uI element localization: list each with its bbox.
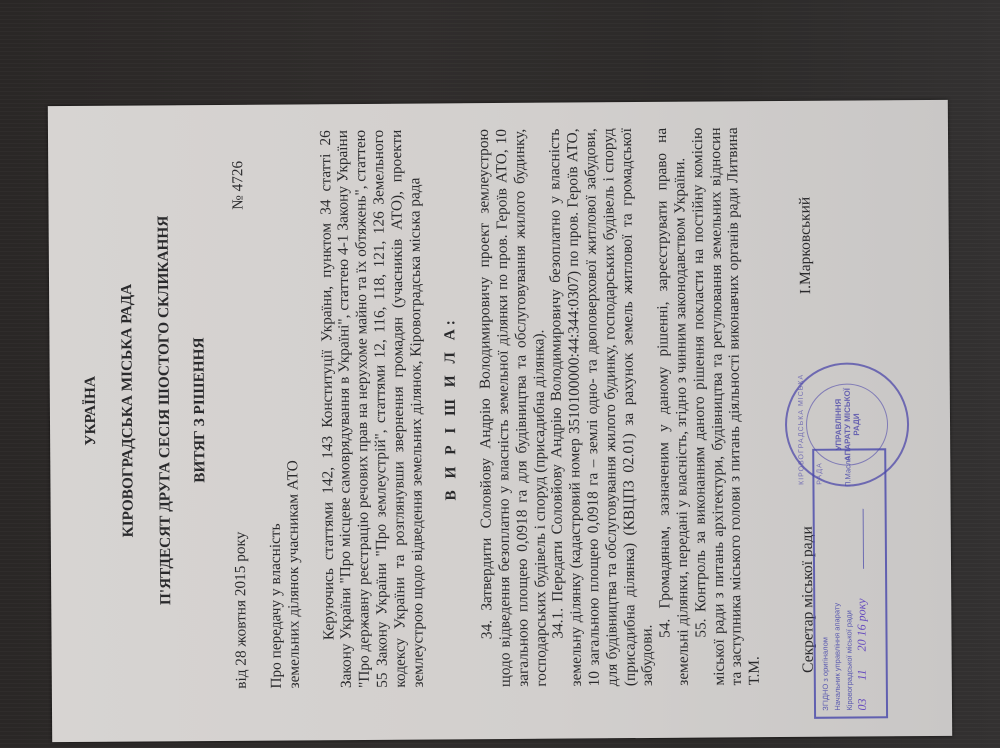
decided-heading: В И Р І Ш И Л А:: [440, 129, 462, 687]
stamp-date-year: 20 16 року: [855, 598, 867, 651]
council-heading: КІРОВОГРАДСЬКА МІСЬКА РАДА: [117, 132, 139, 690]
stamp-date-month: 11: [856, 669, 868, 680]
decision-item-54: 54. Громадянам, зазначеним у даному ріше…: [653, 128, 692, 686]
stamp-date-day: 03: [856, 698, 868, 710]
country-heading: УКРАЇНА: [80, 132, 102, 690]
stamp-name: П.Масло: [842, 457, 854, 487]
decision-item-34: 34. Затвердити Соловйову Андрію Володими…: [475, 129, 550, 687]
decision-number: № 4726: [229, 161, 247, 210]
decision-item-55: 55. Контроль за виконанням даного рішенн…: [689, 127, 764, 685]
certification-stamp: ЗГІДНО з оригіналом Начальник управління…: [812, 448, 888, 719]
session-heading: П'ЯТДЕСЯТ ДРУГА СЕСІЯ ШОСТОГО СКЛИКАННЯ: [154, 131, 176, 689]
decision-subject: Про передачу у власність земельних ділян…: [264, 130, 303, 688]
decision-item-34-1: 34.1. Передати Соловйову Андрію Володими…: [546, 128, 657, 687]
stamp-date-row: 03 11 20 16 року: [854, 456, 868, 710]
handwritten-signature-mark: [839, 500, 864, 569]
decision-date: від 28 жовтня 2015 року: [232, 532, 251, 689]
subject-line-2: земельних ділянок учасникам АТО: [282, 130, 304, 688]
document-sheet: УКРАЇНА КІРОВОГРАДСЬКА МІСЬКА РАДА П'ЯТД…: [48, 100, 952, 742]
date-number-row: від 28 жовтня 2015 року № 4726: [229, 131, 251, 689]
preamble-paragraph: Керуючись статтями 142, 143 Конституції …: [317, 130, 428, 689]
document-type-heading: ВИТЯГ З РІШЕННЯ: [189, 131, 211, 689]
signature-name: І.Марковський: [796, 197, 814, 294]
